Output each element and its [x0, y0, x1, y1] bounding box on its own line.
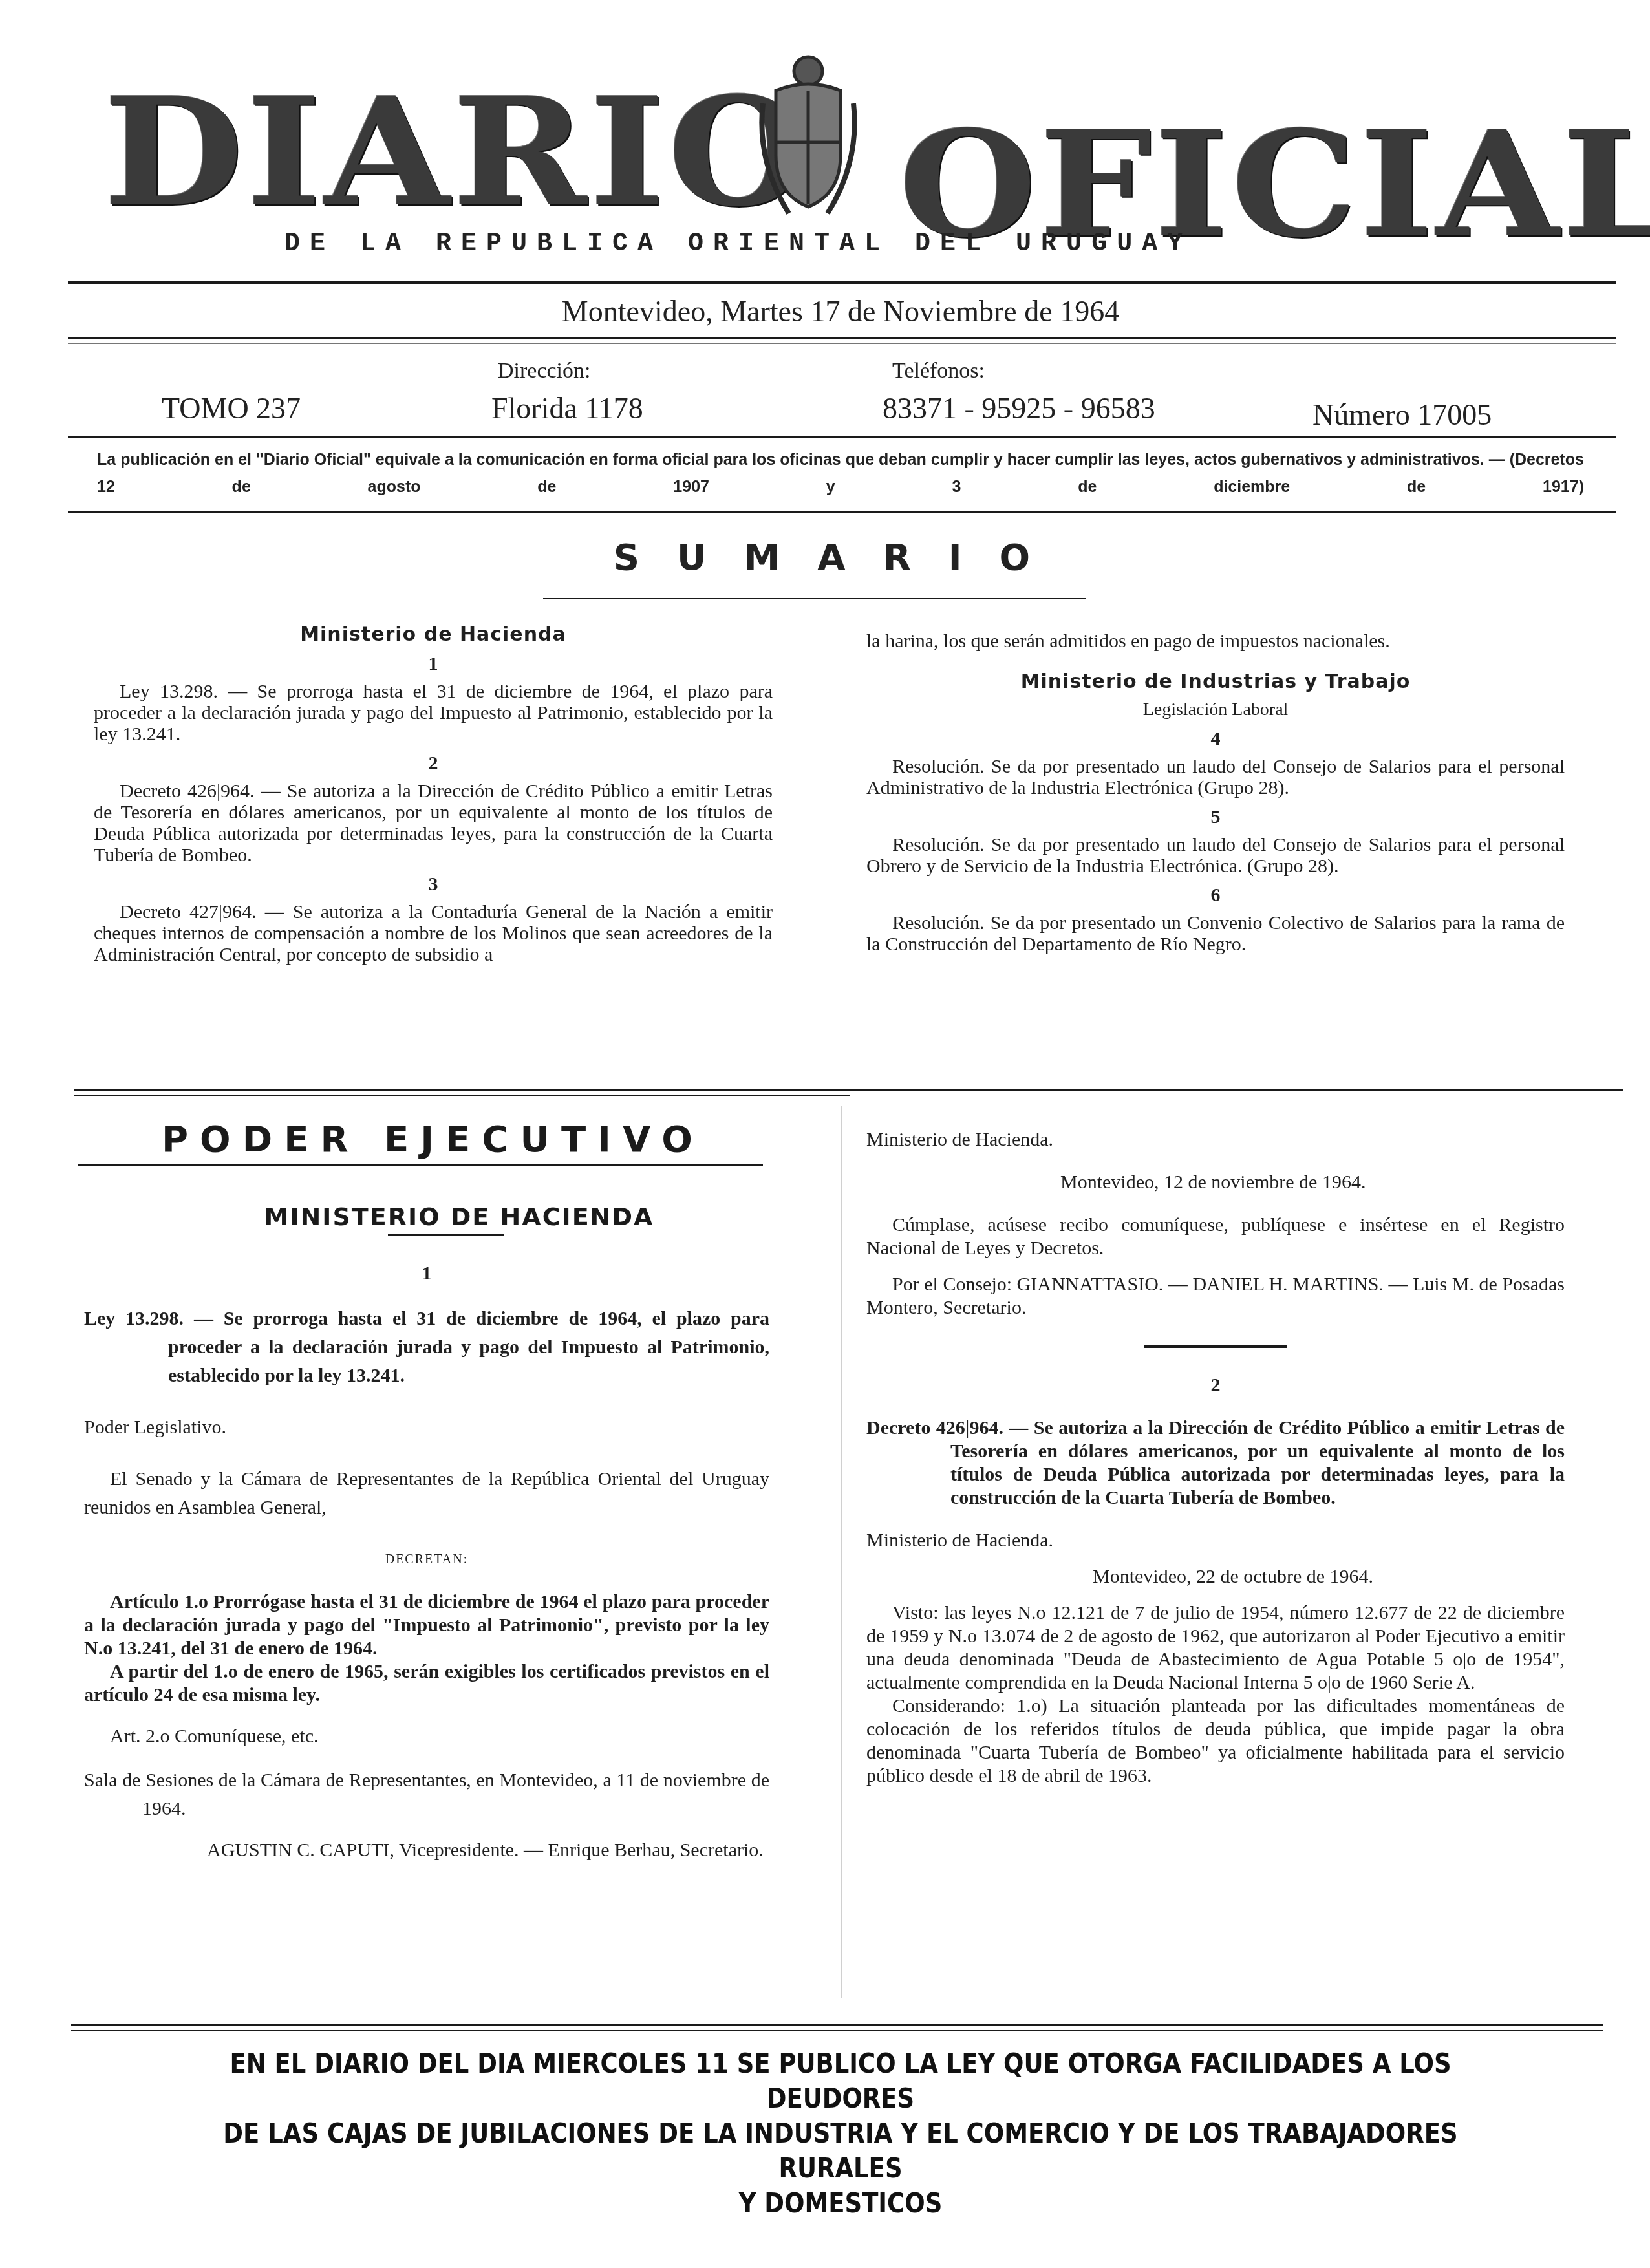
- sumario-title: SUMARIO: [453, 537, 1228, 579]
- right-body-column: Ministerio de Hacienda. Montevideo, 12 d…: [866, 1128, 1565, 1788]
- preamble: El Senado y la Cámara de Representantes …: [84, 1465, 769, 1522]
- ministry-hacienda-heading: MINISTERIO DE HACIENDA: [65, 1203, 853, 1231]
- issue-number: Número 17005: [1312, 398, 1492, 432]
- sumario-ministry-industrias: Ministerio de Industrias y Trabajo: [866, 671, 1565, 692]
- item-number: 1: [84, 1262, 769, 1285]
- ley-heading: Ley 13.298. — Se prorroga hasta el 31 de…: [84, 1305, 769, 1390]
- fecha: Montevideo, 22 de octubre de 1964.: [866, 1565, 1565, 1589]
- footer-line: DE LAS CAJAS DE JUBILACIONES DE LA INDUS…: [173, 2116, 1508, 2186]
- telefonos-label: Teléfonos:: [892, 359, 985, 383]
- sumario-ministry-hacienda: Ministerio de Hacienda: [94, 624, 773, 645]
- direccion-label: Dirección:: [498, 359, 591, 383]
- section-title-poder-ejecutivo: PODER EJECUTIVO: [162, 1118, 744, 1161]
- item-number: 1: [94, 653, 773, 674]
- masthead-title-left: DIARIO: [103, 78, 811, 226]
- left-body-column: 1 Ley 13.298. — Se prorroga hasta el 31 …: [84, 1254, 769, 1865]
- ministerio-hacienda: Ministerio de Hacienda.: [866, 1128, 1565, 1151]
- direccion-value: Florida 1178: [491, 391, 643, 425]
- footer-line: EN EL DIARIO DEL DIA MIERCOLES 11 SE PUB…: [173, 2046, 1508, 2116]
- item-number: 3: [94, 873, 773, 895]
- articulo-1b: A partir del 1.o de enero de 1965, serán…: [84, 1660, 769, 1707]
- visto: Visto: las leyes N.o 12.121 de 7 de juli…: [866, 1601, 1565, 1695]
- sumario-subhead: Legislación Laboral: [866, 699, 1565, 720]
- divider: [68, 436, 1616, 438]
- masthead: DIARIO OFICIAL: [103, 45, 1591, 226]
- coat-of-arms-icon: [750, 45, 866, 226]
- poder-legislativo: Poder Legislativo.: [84, 1416, 769, 1439]
- decreto-heading: Decreto 426|964. — Se autoriza a la Dire…: [866, 1417, 1565, 1510]
- divider: [71, 2030, 1603, 2031]
- item-number: 5: [866, 806, 1565, 828]
- divider: [74, 1095, 850, 1096]
- sumario-item: Decreto 426|964. — Se autoriza a la Dire…: [94, 780, 773, 866]
- item-number: 2: [866, 1374, 1565, 1397]
- item-number: 4: [866, 728, 1565, 749]
- sumario-continuation: la harina, los que serán admitidos en pa…: [866, 630, 1565, 652]
- divider: [68, 343, 1616, 344]
- divider: [74, 1089, 1623, 1091]
- decretan: DECRETAN:: [84, 1548, 769, 1571]
- divider: [1144, 1345, 1287, 1348]
- articulo-1: Artículo 1.o Prorrógase hasta el 31 de d…: [84, 1590, 769, 1660]
- column-divider: [841, 1106, 842, 1998]
- divider: [68, 511, 1616, 513]
- consejo: Por el Consejo: GIANNATTASIO. — DANIEL H…: [866, 1273, 1565, 1320]
- issue-date: Montevideo, Martes 17 de Noviembre de 19…: [65, 294, 1616, 328]
- fecha: Montevideo, 12 de noviembre de 1964.: [866, 1171, 1565, 1194]
- sala-sesiones: Sala de Sesiones de la Cámara de Represe…: [84, 1766, 769, 1823]
- divider: [68, 337, 1616, 339]
- item-number: 2: [94, 753, 773, 774]
- item-number: 6: [866, 884, 1565, 906]
- sumario-item: Resolución. Se da por presentado un laud…: [866, 756, 1565, 798]
- articulo-2: Art. 2.o Comuníquese, etc.: [84, 1725, 769, 1748]
- sumario-item: Resolución. Se da por presentado un Conv…: [866, 912, 1565, 955]
- sumario-item: Resolución. Se da por presentado un laud…: [866, 834, 1565, 877]
- tomo: TOMO 237: [162, 391, 301, 425]
- cumplase: Cúmplase, acúsese recibo comuníquese, pu…: [866, 1214, 1565, 1260]
- sumario-item: Decreto 427|964. — Se autoriza a la Cont…: [94, 901, 773, 965]
- sumario-right-column: la harina, los que serán admitidos en pa…: [866, 630, 1565, 955]
- divider: [78, 1164, 763, 1166]
- telefonos-value: 83371 - 95925 - 96583: [883, 391, 1155, 425]
- divider: [71, 2024, 1603, 2026]
- considerando: Considerando: 1.o) La situación plantead…: [866, 1695, 1565, 1788]
- divider: [68, 281, 1616, 284]
- divider: [388, 1234, 504, 1236]
- sumario-item: Ley 13.298. — Se prorroga hasta el 31 de…: [94, 681, 773, 745]
- signatures: AGUSTIN C. CAPUTI, Vicepresidente. — Enr…: [84, 1836, 769, 1865]
- footer-line: Y DOMESTICOS: [173, 2186, 1508, 2221]
- masthead-subtitle: DE LA REPUBLICA ORIENTAL DEL URUGUAY: [284, 230, 1384, 259]
- divider: [543, 598, 1086, 599]
- sumario-left-column: Ministerio de Hacienda 1 Ley 13.298. — S…: [94, 624, 773, 965]
- footer-announcement: EN EL DIARIO DEL DIA MIERCOLES 11 SE PUB…: [173, 2046, 1508, 2221]
- legal-notice: La publicación en el "Diario Oficial" eq…: [97, 446, 1584, 500]
- ministerio-hacienda: Ministerio de Hacienda.: [866, 1529, 1565, 1552]
